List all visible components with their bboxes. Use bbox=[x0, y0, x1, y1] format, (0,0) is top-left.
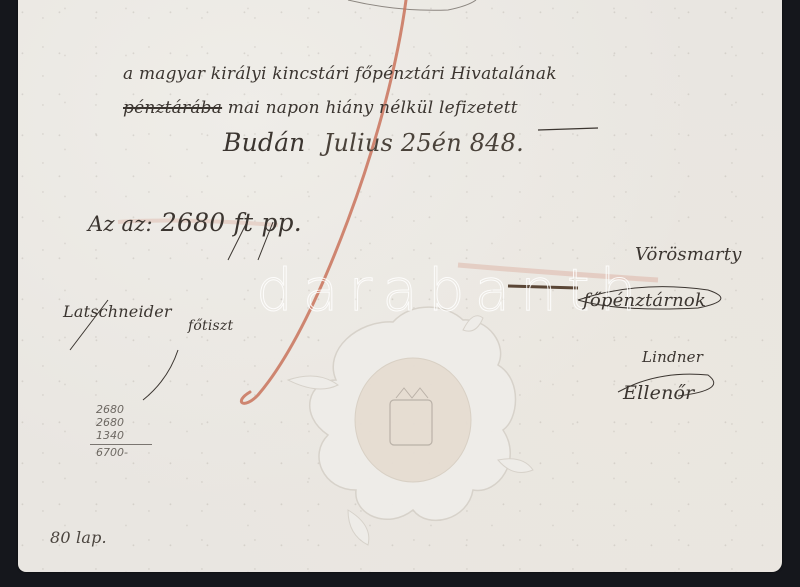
body-line-1: a magyar királyi kincstári főpénztári Hi… bbox=[123, 64, 557, 84]
embossed-seal-icon bbox=[288, 307, 533, 545]
amount-label: Az az: bbox=[88, 212, 153, 236]
signature-cashier: Vörösmarty bbox=[635, 244, 742, 265]
calc-line: 2680 bbox=[96, 416, 152, 429]
title-officer: főtiszt bbox=[188, 318, 233, 334]
title-controller: Ellenőr bbox=[623, 382, 694, 404]
calc-line: 2680 bbox=[96, 403, 152, 416]
calc-total: 6700- bbox=[96, 446, 152, 459]
page-note: 80 lap. bbox=[50, 528, 107, 547]
title-cashier: főpénztárnok bbox=[583, 290, 706, 311]
struck-word: pénztárába bbox=[123, 98, 222, 118]
body-line-2: pénztárába mai napon hiány nélkül lefize… bbox=[123, 98, 518, 118]
date: Julius 25én 848. bbox=[324, 129, 524, 157]
pencil-calculation: 2680 2680 1340 6700- bbox=[96, 403, 152, 459]
signature-officer: Latschneider bbox=[63, 302, 172, 321]
calc-line: 1340 bbox=[96, 429, 152, 442]
signature-controller: Lindner bbox=[642, 348, 703, 366]
body-line-2-text: mai napon hiány nélkül lefizetett bbox=[228, 98, 518, 118]
place-date: Budán Julius 25én 848. bbox=[223, 128, 524, 157]
amount: Az az: 2680 ft pp. bbox=[88, 208, 302, 237]
place: Budán bbox=[223, 128, 305, 157]
document-paper: darabanth a magyar királyi kincstári főp… bbox=[18, 0, 782, 572]
calc-rule bbox=[90, 444, 152, 445]
amount-value: 2680 ft pp. bbox=[161, 208, 302, 237]
